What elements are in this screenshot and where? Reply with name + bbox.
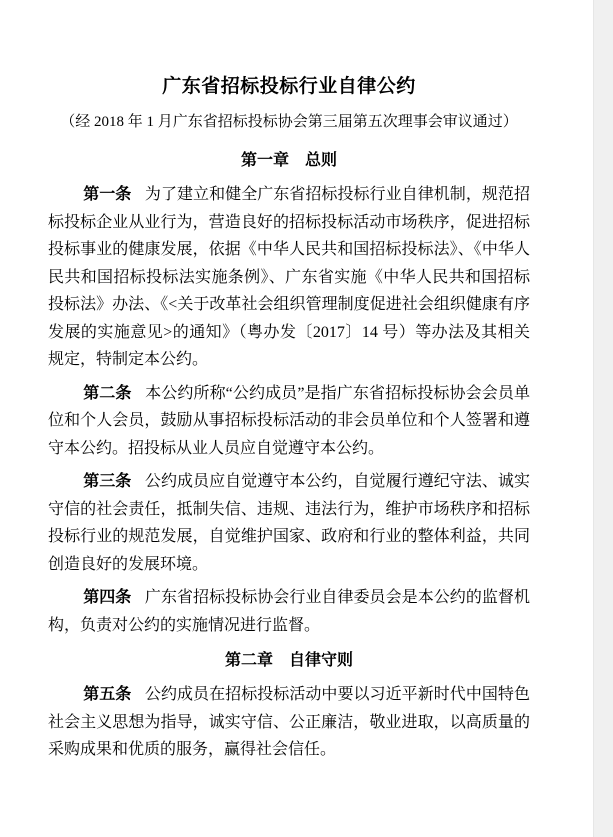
document-page: 广东省招标投标行业自律公约 （经 2018 年 1 月广东省招标投标协会第三届第… <box>0 0 593 837</box>
chapter-2-heading: 第二章 自律守则 <box>48 649 530 673</box>
article-1: 第一条为了建立和健全广东省招标投标行业自律机制，规范招标投标企业从业行为，营造良… <box>48 181 530 374</box>
article-4: 第四条广东省招标投标协会行业自律委员会是本公约的监督机构，负责对公约的实施情况进… <box>48 584 530 639</box>
article-5: 第五条公约成员在招标投标活动中要以习近平新时代中国特色社会主义思想为指导，诚实守… <box>48 681 530 764</box>
chapter-1-articles: 第一条为了建立和健全广东省招标投标行业自律机制，规范招标投标企业从业行为，营造良… <box>48 181 530 639</box>
article-4-label: 第四条 <box>83 589 131 606</box>
chapter-1-heading: 第一章 总则 <box>48 149 530 173</box>
article-1-label: 第一条 <box>83 186 131 203</box>
article-5-label: 第五条 <box>83 686 131 703</box>
article-3-label: 第三条 <box>83 473 131 490</box>
article-2: 第二条本公约所称“公约成员”是指广东省招标投标协会会员单位和个人会员，鼓励从事招… <box>48 380 530 463</box>
article-2-label: 第二条 <box>83 385 131 402</box>
article-3: 第三条公约成员应自觉遵守本公约，自觉履行遵纪守法、诚实守信的社会责任，抵制失信、… <box>48 468 530 578</box>
document-subtitle: （经 2018 年 1 月广东省招标投标协会第三届第五次理事会审议通过） <box>48 110 530 134</box>
page-right-gutter <box>593 0 613 837</box>
article-1-text: 为了建立和健全广东省招标投标行业自律机制，规范招标投标企业从业行为，营造良好的招… <box>48 186 530 368</box>
chapter-2-articles: 第五条公约成员在招标投标活动中要以习近平新时代中国特色社会主义思想为指导，诚实守… <box>48 681 530 764</box>
document-title: 广东省招标投标行业自律公约 <box>48 74 530 100</box>
